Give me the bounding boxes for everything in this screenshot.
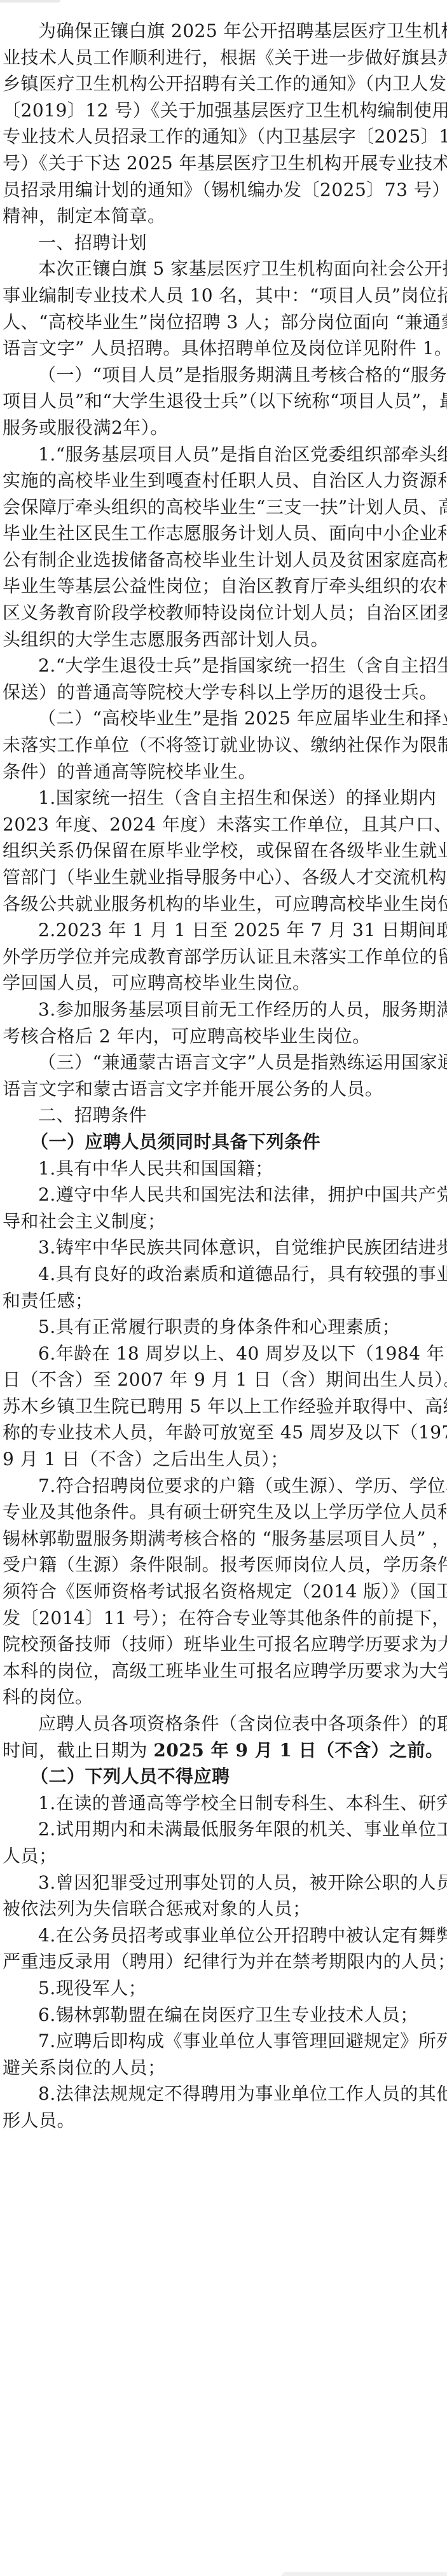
deadline-paragraph-line: 时间，截止日期为 2025 年 9 月 1 日（不含）之前。 [3,1737,445,1764]
intro-paragraph-line: 号）《关于下达 2025 年基层医疗卫生机构开展专业技术人 [3,150,445,177]
deadline-date: 2025 年 9 月 1 日（不含）之前。 [153,1740,443,1761]
condition-item-line: 3.铸牢中华民族共同体意识，自觉维护民族团结进步； [3,1234,445,1261]
paragraph-line: 2.“大学生退役士兵”是指国家统一招生（含自主招生和 [3,652,445,679]
bottom-scroll-shadow [282,2572,447,2576]
paragraph-line: 会保障厅牵头组织的高校毕业生“三支一扶”计划人员、高校 [3,494,445,521]
condition-item-line: 院校预备技师（技师）班毕业生可报名应聘学历要求为大学 [3,1631,445,1658]
paragraph-line: 语言文字和蒙古语言文字并能开展公务的人员。 [3,1076,445,1103]
exclusion-item-line: 4.在公务员招考或事业单位公开招聘中被认定有舞弊等 [3,1922,445,1949]
condition-item-line: 受户籍（生源）条件限制。报考医师岗位人员，学历条件还 [3,1552,445,1578]
paragraph-line: 实施的高校毕业生到嘎查村任职人员、自治区人力资源和社 [3,467,445,494]
condition-item-line: 科的岗位。 [3,1684,445,1711]
paragraph-line: 2.2023 年 1 月 1 日至 2025 年 7 月 31 日期间取得国(境… [3,917,445,944]
paragraph-line: 公有制企业选拔储备高校毕业生计划人员及贫困家庭高校 [3,547,445,574]
condition-item-line: 9 月 1 日（不含）之后出生人员）； [3,1446,445,1473]
paragraph-line: 头组织的大学生志愿服务西部计划人员。 [3,626,445,653]
document-body: 为确保正镶白旗 2025 年公开招聘基层医疗卫生机构专业技术人员工作顺利进行，根… [3,18,445,2134]
paragraph-line: 组织关系仍保留在原毕业学校，或保留在各级毕业生就业主 [3,837,445,864]
top-scroll-shadow [0,0,60,3]
paragraph-line: 1.国家统一招生（含自主招生和保送）的择业期内（含 [3,785,445,811]
paragraph-line: 考核合格后 2 年内，可应聘高校毕业生岗位。 [3,1023,445,1050]
exclusion-item-line: 严重违反录用（聘用）纪律行为并在禁考期限内的人员； [3,1948,445,1975]
paragraph-line: 学回国人员，可应聘高校毕业生岗位。 [3,970,445,996]
deadline-prefix: 时间，截止日期为 [3,1740,153,1761]
paragraph-line: 条件）的普通高等院校毕业生。 [3,759,445,785]
paragraph-line: 保送）的普通高等院校大学专科以上学历的退役士兵。 [3,679,445,706]
condition-item-line: 发〔2014〕11 号）；在符合专业等其他条件的前提下，技工 [3,1605,445,1632]
section-heading: 二、招聘条件 [3,1102,445,1129]
condition-item-line: 7.符合招聘岗位要求的户籍（或生源）、学历、学位、 [3,1473,445,1499]
paragraph-line: 人、“高校毕业生”岗位招聘 3 人；部分岗位面向 “兼通蒙古 [3,309,445,336]
condition-item-line: 1.具有中华人民共和国国籍； [3,1155,445,1182]
intro-paragraph-line: 乡镇医疗卫生机构公开招聘有关工作的通知》（内卫人发 [3,71,445,97]
paragraph-line: 事业编制专业技术人员 10 名，其中：“项目人员”岗位招聘 4 [3,282,445,309]
intro-paragraph-line: 业技术人员工作顺利进行，根据《关于进一步做好旗县苏木 [3,45,445,71]
intro-paragraph-line: 员招录用编计划的通知》（锡机编办发〔2025〕73 号）规定 [3,177,445,203]
paragraph-line: 2023 年度、2024 年度）未落实工作单位，且其户口、档案、 [3,811,445,838]
condition-item-line: 苏木乡镇卫生院已聘用 5 年以上工作经验并取得中、高级职 [3,1393,445,1420]
condition-item-line: 专业及其他条件。具有硕士研究生及以上学历学位人员和在 [3,1499,445,1526]
paragraph-line: 未落实工作单位（不将签订就业协议、缴纳社保作为限制性 [3,732,445,759]
paragraph-line: 区义务教育阶段学校教师特设岗位计划人员；自治区团委牵 [3,600,445,626]
subsection-heading: （二）下列人员不得应聘 [3,1763,445,1790]
exclusion-item-line: 2.试用期内和未满最低服务年限的机关、事业单位工作 [3,1816,445,1843]
paragraph-line: （一）“项目人员”是指服务期满且考核合格的“服务基层 [3,362,445,389]
exclusion-item-line: 形人员。 [3,2107,445,2134]
condition-item-line: 和责任感； [3,1288,445,1314]
paragraph-line: 各级公共就业服务机构的毕业生，可应聘高校毕业生岗位。 [3,891,445,918]
paragraph-line: 毕业生等基层公益性岗位；自治区教育厅牵头组织的农村牧 [3,573,445,600]
paragraph-line: 1.“服务基层项目人员”是指自治区党委组织部牵头组织 [3,441,445,468]
exclusion-item-line: 7.应聘后即构成《事业单位人事管理回避规定》所列回 [3,2028,445,2055]
paragraph-line: 管部门（毕业生就业指导服务中心）、各级人才交流机构和 [3,864,445,891]
condition-item-line: 4.具有良好的政治素质和道德品行，具有较强的事业心 [3,1261,445,1288]
condition-item-line: 本科的岗位，高级工班毕业生可报名应聘学历要求为大学专 [3,1658,445,1684]
exclusion-item-line: 避关系岗位的人员； [3,2055,445,2081]
paragraph-line: 项目人员”和“大学生退役士兵”（以下统称“项目人员”，最低 [3,388,445,415]
condition-item-line: 6.年龄在 18 周岁以上、40 周岁及以下（1984 年 9 月 1 [3,1340,445,1367]
condition-item-line: 锡林郭勒盟服务期满考核合格的 “服务基层项目人员” ，不 [3,1526,445,1552]
intro-paragraph-line: 精神，制定本简章。 [3,203,445,230]
paragraph-line: （二）“高校毕业生”是指 2025 年应届毕业生和择业期内 [3,705,445,732]
paragraph-line: 3.参加服务基层项目前无工作经历的人员，服务期满且 [3,996,445,1023]
paragraph-line: 本次正镶白旗 5 家基层医疗卫生机构面向社会公开招聘 [3,256,445,282]
condition-item-line: 称的专业技术人员，年龄可放宽至 45 周岁及以下（1979 年 [3,1419,445,1446]
deadline-paragraph-line: 应聘人员各项资格条件（含岗位表中各项条件）的取得 [3,1711,445,1737]
exclusion-item-line: 人员； [3,1843,445,1870]
intro-paragraph-line: 为确保正镶白旗 2025 年公开招聘基层医疗卫生机构专 [3,18,445,45]
paragraph-line: 服务或服役满2年）。 [3,415,445,441]
exclusion-item-line: 被依法列为失信联合惩戒对象的人员； [3,1896,445,1922]
intro-paragraph-line: 专业技术人员招录工作的通知》（内卫基层字〔2025〕129 [3,123,445,150]
condition-item-line: 须符合《医师资格考试报名资格规定（2014 版）》（国卫医 [3,1578,445,1605]
paragraph-line: 语言文字” 人员招聘。具体招聘单位及岗位详见附件 1。 [3,335,445,362]
subsection-heading: （一）应聘人员须同时具备下列条件 [3,1129,445,1155]
exclusion-item-line: 5.现役军人； [3,1975,445,2002]
exclusion-item-line: 1.在读的普通高等学校全日制专科生、本科生、研究生； [3,1790,445,1817]
exclusion-item-line: 6.锡林郭勒盟在编在岗医疗卫生专业技术人员； [3,2002,445,2028]
exclusion-item-line: 3.曾因犯罪受过刑事处罚的人员，被开除公职的人员， [3,1870,445,1896]
paragraph-line: 外学历学位并完成教育部学历认证且未落实工作单位的留 [3,944,445,970]
paragraph-line: （三）“兼通蒙古语言文字”人员是指熟练运用国家通用 [3,1049,445,1076]
condition-item-line: 日（不含）至 2007 年 9 月 1 日（含）期间出生人员）。对 [3,1367,445,1393]
exclusion-item-line: 8.法律法规规定不得聘用为事业单位工作人员的其他情 [3,2081,445,2107]
section-heading: 一、招聘计划 [3,230,445,256]
condition-item-line: 导和社会主义制度； [3,1208,445,1235]
condition-item-line: 2.遵守中华人民共和国宪法和法律，拥护中国共产党领 [3,1181,445,1208]
paragraph-line: 毕业生社区民生工作志愿服务计划人员、面向中小企业和非 [3,520,445,547]
intro-paragraph-line: 〔2019〕12 号）《关于加强基层医疗卫生机构编制使用开展 [3,97,445,124]
condition-item-line: 5.具有正常履行职责的身体条件和心理素质； [3,1314,445,1340]
